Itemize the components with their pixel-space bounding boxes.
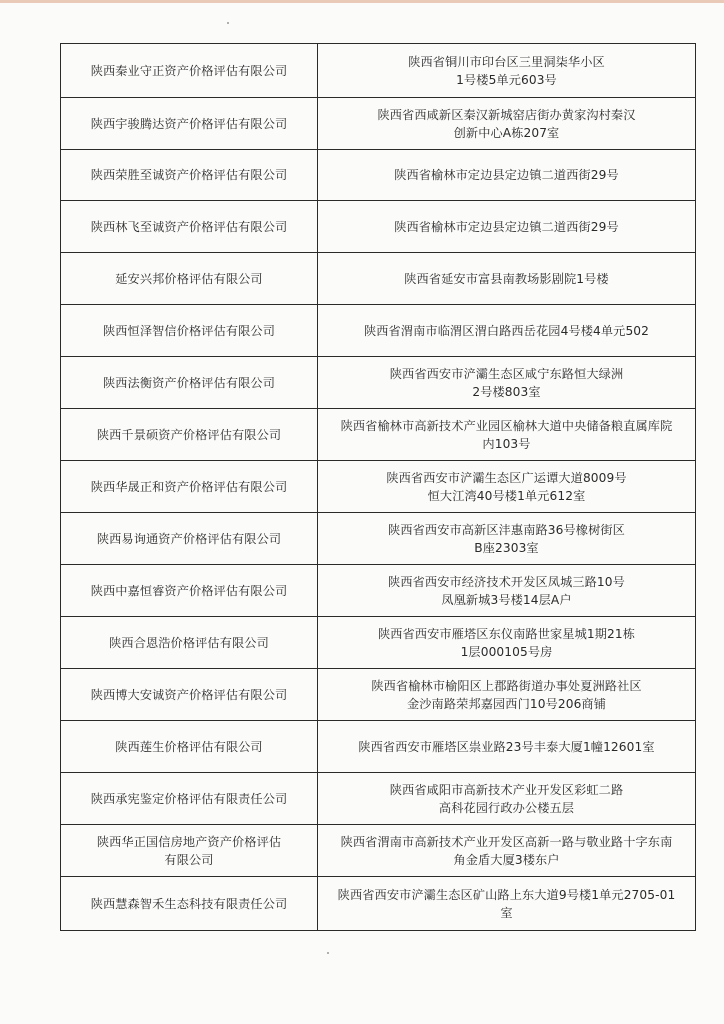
address-text: 陕西省榆林市定边县定边镇二道西街29号 (321, 218, 692, 236)
address-text: 1层000105号房 (321, 643, 692, 661)
address-cell: 陕西省榆林市榆阳区上郡路街道办事处夏洲路社区金沙南路荣邦嘉园西门10号206商铺 (318, 669, 696, 721)
address-text: 陕西省西安市浐灞生态区矿山路上东大道9号楼1单元2705-01 (321, 886, 692, 904)
address-text: 陕西省西安市雁塔区东仪南路世家星城1期21栋 (321, 625, 692, 643)
address-cell: 陕西省渭南市高新技术产业开发区高新一路与敬业路十字东南角金盾大厦3楼东户 (318, 825, 696, 877)
company-name-text: 有限公司 (64, 851, 314, 869)
company-name-text: 陕西华正国信房地产资产价格评估 (64, 833, 314, 851)
company-name-text: 陕西慧森智禾生态科技有限责任公司 (64, 895, 314, 913)
table-row: 陕西慧森智禾生态科技有限责任公司陕西省西安市浐灞生态区矿山路上东大道9号楼1单元… (61, 877, 696, 931)
table-row: 陕西法衡资产价格评估有限公司陕西省西安市浐灞生态区咸宁东路恒大绿洲2号楼803室 (61, 357, 696, 409)
address-text: 创新中心A栋207室 (321, 124, 692, 142)
address-text: 陕西省榆林市定边县定边镇二道西街29号 (321, 166, 692, 184)
company-name-text: 陕西合恩浩价格评估有限公司 (64, 634, 314, 652)
address-text: 2号楼803室 (321, 383, 692, 401)
address-cell: 陕西省榆林市定边县定边镇二道西街29号 (318, 201, 696, 253)
address-text: 角金盾大厦3楼东户 (321, 851, 692, 869)
address-text: 陕西省西安市浐灞生态区咸宁东路恒大绿洲 (321, 365, 692, 383)
address-text: 陕西省西安市高新区沣惠南路36号橡树街区 (321, 521, 692, 539)
address-text: 陕西省咸阳市高新技术产业开发区彩虹二路 (321, 781, 692, 799)
address-cell: 陕西省西安市雁塔区东仪南路世家星城1期21栋1层000105号房 (318, 617, 696, 669)
table-row: 陕西合恩浩价格评估有限公司陕西省西安市雁塔区东仪南路世家星城1期21栋1层000… (61, 617, 696, 669)
company-name-cell: 陕西合恩浩价格评估有限公司 (61, 617, 318, 669)
address-text: 陕西省西咸新区秦汉新城窑店街办黄家沟村秦汉 (321, 106, 692, 124)
company-name-text: 陕西法衡资产价格评估有限公司 (64, 374, 314, 392)
address-text: 内103号 (321, 435, 692, 453)
table-row: 陕西博大安诚资产价格评估有限公司陕西省榆林市榆阳区上郡路街道办事处夏洲路社区金沙… (61, 669, 696, 721)
address-cell: 陕西省西安市浐灞生态区广运谭大道8009号恒大江湾40号楼1单元612室 (318, 461, 696, 513)
company-name-cell: 陕西博大安诚资产价格评估有限公司 (61, 669, 318, 721)
address-cell: 陕西省西安市高新区沣惠南路36号橡树街区B座2303室 (318, 513, 696, 565)
company-name-cell: 陕西中嘉恒睿资产价格评估有限公司 (61, 565, 318, 617)
address-text: 陕西省铜川市印台区三里洞柒华小区 (321, 53, 692, 71)
address-text: 陕西省西安市雁塔区祟业路23号丰泰大厦1幢12601室 (321, 738, 692, 756)
address-cell: 陕西省铜川市印台区三里洞柒华小区1号楼5单元603号 (318, 44, 696, 98)
address-cell: 陕西省西咸新区秦汉新城窑店街办黄家沟村秦汉创新中心A栋207室 (318, 98, 696, 150)
company-name-cell: 陕西千景硕资产价格评估有限公司 (61, 409, 318, 461)
company-name-text: 陕西中嘉恒睿资产价格评估有限公司 (64, 582, 314, 600)
company-name-text: 陕西千景硕资产价格评估有限公司 (64, 426, 314, 444)
table-row: 延安兴邦价格评估有限公司陕西省延安市富县南教场影剧院1号楼 (61, 253, 696, 305)
company-name-text: 陕西承宪鉴定价格评估有限责任公司 (64, 790, 314, 808)
company-name-cell: 陕西秦业守正资产价格评估有限公司 (61, 44, 318, 98)
company-name-cell: 陕西林飞至诚资产价格评估有限公司 (61, 201, 318, 253)
company-name-text: 陕西秦业守正资产价格评估有限公司 (64, 62, 314, 80)
company-name-text: 陕西易询通资产价格评估有限公司 (64, 530, 314, 548)
address-cell: 陕西省榆林市高新技术产业园区榆林大道中央储备粮直属库院内103号 (318, 409, 696, 461)
company-name-text: 延安兴邦价格评估有限公司 (64, 270, 314, 288)
table-row: 陕西林飞至诚资产价格评估有限公司陕西省榆林市定边县定边镇二道西街29号 (61, 201, 696, 253)
address-cell: 陕西省西安市浐灞生态区矿山路上东大道9号楼1单元2705-01室 (318, 877, 696, 931)
company-name-text: 陕西恒泽智信价格评估有限公司 (64, 322, 314, 340)
address-text: 陕西省西安市浐灞生态区广运谭大道8009号 (321, 469, 692, 487)
table-row: 陕西华正国信房地产资产价格评估有限公司陕西省渭南市高新技术产业开发区高新一路与敬… (61, 825, 696, 877)
address-text: 陕西省榆林市高新技术产业园区榆林大道中央储备粮直属库院 (321, 417, 692, 435)
address-cell: 陕西省咸阳市高新技术产业开发区彩虹二路高科花园行政办公楼五层 (318, 773, 696, 825)
address-text: 高科花园行政办公楼五层 (321, 799, 692, 817)
address-cell: 陕西省渭南市临渭区渭白路西岳花园4号楼4单元502 (318, 305, 696, 357)
address-text: 陕西省渭南市高新技术产业开发区高新一路与敬业路十字东南 (321, 833, 692, 851)
company-name-text: 陕西林飞至诚资产价格评估有限公司 (64, 218, 314, 236)
company-name-cell: 陕西华正国信房地产资产价格评估有限公司 (61, 825, 318, 877)
table-row: 陕西千景硕资产价格评估有限公司陕西省榆林市高新技术产业园区榆林大道中央储备粮直属… (61, 409, 696, 461)
address-text: 陕西省西安市经济技术开发区凤城三路10号 (321, 573, 692, 591)
address-text: 室 (321, 904, 692, 922)
table-row: 陕西易询通资产价格评估有限公司陕西省西安市高新区沣惠南路36号橡树街区B座230… (61, 513, 696, 565)
address-cell: 陕西省榆林市定边县定边镇二道西街29号 (318, 150, 696, 201)
address-text: 陕西省榆林市榆阳区上郡路街道办事处夏洲路社区 (321, 677, 692, 695)
scan-speck (327, 952, 329, 954)
company-name-cell: 陕西易询通资产价格评估有限公司 (61, 513, 318, 565)
address-cell: 陕西省西安市浐灞生态区咸宁东路恒大绿洲2号楼803室 (318, 357, 696, 409)
company-name-text: 陕西莲生价格评估有限公司 (64, 738, 314, 756)
company-name-cell: 延安兴邦价格评估有限公司 (61, 253, 318, 305)
company-name-text: 陕西博大安诚资产价格评估有限公司 (64, 686, 314, 704)
table-row: 陕西宇骏腾达资产价格评估有限公司陕西省西咸新区秦汉新城窑店街办黄家沟村秦汉创新中… (61, 98, 696, 150)
address-cell: 陕西省西安市经济技术开发区凤城三路10号凤凰新城3号楼14层A户 (318, 565, 696, 617)
address-text: 金沙南路荣邦嘉园西门10号206商铺 (321, 695, 692, 713)
company-name-text: 陕西荣胜至诚资产价格评估有限公司 (64, 166, 314, 184)
table-row: 陕西承宪鉴定价格评估有限责任公司陕西省咸阳市高新技术产业开发区彩虹二路高科花园行… (61, 773, 696, 825)
table-row: 陕西恒泽智信价格评估有限公司陕西省渭南市临渭区渭白路西岳花园4号楼4单元502 (61, 305, 696, 357)
address-text: 恒大江湾40号楼1单元612室 (321, 487, 692, 505)
scan-top-edge (0, 0, 724, 3)
address-cell: 陕西省西安市雁塔区祟业路23号丰泰大厦1幢12601室 (318, 721, 696, 773)
table-body: 陕西秦业守正资产价格评估有限公司陕西省铜川市印台区三里洞柒华小区1号楼5单元60… (61, 44, 696, 931)
address-cell: 陕西省延安市富县南教场影剧院1号楼 (318, 253, 696, 305)
company-name-cell: 陕西莲生价格评估有限公司 (61, 721, 318, 773)
company-name-text: 陕西华晟正和资产价格评估有限公司 (64, 478, 314, 496)
company-address-table: 陕西秦业守正资产价格评估有限公司陕西省铜川市印台区三里洞柒华小区1号楼5单元60… (60, 43, 696, 931)
company-name-cell: 陕西慧森智禾生态科技有限责任公司 (61, 877, 318, 931)
scan-speck (227, 22, 229, 24)
company-name-cell: 陕西华晟正和资产价格评估有限公司 (61, 461, 318, 513)
address-text: B座2303室 (321, 539, 692, 557)
table-row: 陕西莲生价格评估有限公司陕西省西安市雁塔区祟业路23号丰泰大厦1幢12601室 (61, 721, 696, 773)
address-text: 1号楼5单元603号 (321, 71, 692, 89)
address-text: 凤凰新城3号楼14层A户 (321, 591, 692, 609)
company-name-cell: 陕西宇骏腾达资产价格评估有限公司 (61, 98, 318, 150)
table-row: 陕西秦业守正资产价格评估有限公司陕西省铜川市印台区三里洞柒华小区1号楼5单元60… (61, 44, 696, 98)
table-row: 陕西中嘉恒睿资产价格评估有限公司陕西省西安市经济技术开发区凤城三路10号凤凰新城… (61, 565, 696, 617)
company-name-text: 陕西宇骏腾达资产价格评估有限公司 (64, 115, 314, 133)
address-text: 陕西省延安市富县南教场影剧院1号楼 (321, 270, 692, 288)
company-name-cell: 陕西荣胜至诚资产价格评估有限公司 (61, 150, 318, 201)
table-row: 陕西华晟正和资产价格评估有限公司陕西省西安市浐灞生态区广运谭大道8009号恒大江… (61, 461, 696, 513)
address-text: 陕西省渭南市临渭区渭白路西岳花园4号楼4单元502 (321, 322, 692, 340)
company-name-cell: 陕西法衡资产价格评估有限公司 (61, 357, 318, 409)
company-name-cell: 陕西恒泽智信价格评估有限公司 (61, 305, 318, 357)
table-row: 陕西荣胜至诚资产价格评估有限公司陕西省榆林市定边县定边镇二道西街29号 (61, 150, 696, 201)
company-name-cell: 陕西承宪鉴定价格评估有限责任公司 (61, 773, 318, 825)
